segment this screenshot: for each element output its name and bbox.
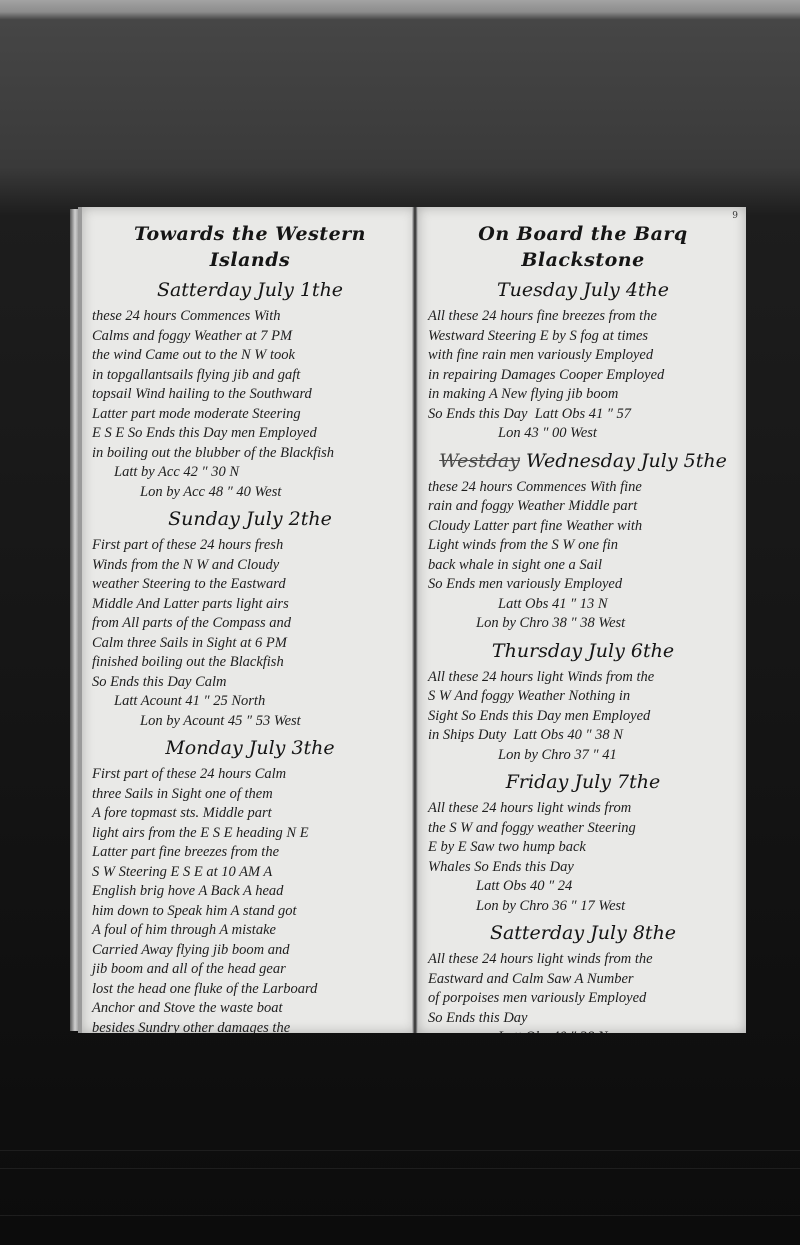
entry-line: Sight So Ends this Day men Employed — [428, 707, 738, 727]
entry-date: Friday July 7the — [428, 769, 738, 795]
entry-line: Calm three Sails in Sight at 6 PM — [92, 634, 408, 654]
entry-line: these 24 hours Commences With fine — [428, 478, 738, 498]
entry-line: So Ends this Day Calm — [92, 673, 408, 693]
entry-line: Eastward and Calm Saw A Number — [428, 970, 738, 990]
film-top-band — [0, 0, 800, 20]
entry-line: besides Sundry other damages the — [92, 1019, 408, 1034]
longitude: Lon by Acount 45 ″ 53 West — [92, 712, 408, 732]
entry-line: S W Steering E S E at 10 AM A — [92, 863, 408, 883]
log-entry-july-4: Tuesday July 4the All these 24 hours fin… — [428, 277, 738, 444]
entry-line: A foul of him through A mistake — [92, 921, 408, 941]
longitude: Lon by Chro 38 ″ 38 West — [428, 614, 738, 634]
entry-line: lost the head one fluke of the Larboard — [92, 980, 408, 1000]
entry-line: rain and foggy Weather Middle part — [428, 497, 738, 517]
log-entry-july-5: Westday Wednesday July 5the these 24 hou… — [428, 448, 738, 634]
latitude: Latt Obs 40 ″ 38 N — [513, 727, 623, 743]
entry-line: So Ends this Day — [428, 1009, 738, 1029]
longitude: Lon by Chro 36 ″ 17 West — [428, 897, 738, 917]
longitude: Lon by Chro 37 ″ 41 — [428, 746, 738, 766]
entry-line: English brig hove A Back A head — [92, 882, 408, 902]
log-entry-july-6: Thursday July 6the All these 24 hours li… — [428, 638, 738, 766]
entry-line: in Ships Duty Latt Obs 40 ″ 38 N — [428, 726, 738, 746]
log-entry-july-8: Satterday July 8the All these 24 hours l… — [428, 920, 738, 1033]
entry-line: S W And foggy Weather Nothing in — [428, 687, 738, 707]
latitude: Latt Obs 40 ″ 38 N — [428, 1028, 738, 1033]
entry-line: Latter part mode moderate Steering — [92, 405, 408, 425]
entry-line-text: in Ships Duty — [428, 727, 506, 743]
entry-line: First part of these 24 hours Calm — [92, 765, 408, 785]
entry-line: So Ends this Day Latt Obs 41 ″ 57 — [428, 405, 738, 425]
entry-line: So Ends men variously Employed — [428, 575, 738, 595]
entry-line: A fore topmast sts. Middle part — [92, 804, 408, 824]
longitude: Lon by Acc 48 ″ 40 West — [92, 483, 408, 503]
entry-line: in making A New flying jib boom — [428, 385, 738, 405]
right-page: 9 On Board the Barq Blackstone Tuesday J… — [418, 207, 746, 1033]
entry-line: All these 24 hours light winds from — [428, 799, 738, 819]
film-scratch — [0, 1215, 800, 1216]
entry-line: three Sails in Sight one of them — [92, 785, 408, 805]
entry-line: these 24 hours Commences With — [92, 307, 408, 327]
log-entry-july-1: Satterday July 1the these 24 hours Comme… — [92, 277, 408, 502]
entry-line: him down to Speak him A stand got — [92, 902, 408, 922]
latitude: Latt Obs 41 ″ 13 N — [428, 595, 738, 615]
latitude: Latt by Acc 42 ″ 30 N — [92, 463, 408, 483]
entry-line: with fine rain men variously Employed — [428, 346, 738, 366]
entry-line: First part of these 24 hours fresh — [92, 536, 408, 556]
latitude: Latt Obs 40 ″ 24 — [428, 877, 738, 897]
entry-line: All these 24 hours light Winds from the — [428, 668, 738, 688]
entry-line: Anchor and Stove the waste boat — [92, 999, 408, 1019]
entry-line: Winds from the N W and Cloudy — [92, 556, 408, 576]
entry-date: Sunday July 2the — [92, 506, 408, 532]
entry-line: Whales So Ends this Day — [428, 858, 738, 878]
entry-date: Monday July 3the — [92, 735, 408, 761]
entry-line: finished boiling out the Blackfish — [92, 653, 408, 673]
entry-line: from All parts of the Compass and — [92, 614, 408, 634]
entry-date: Tuesday July 4the — [428, 277, 738, 303]
entry-line: the wind Came out to the N W took — [92, 346, 408, 366]
entry-line: light airs from the E S E heading N E — [92, 824, 408, 844]
longitude: Lon 43 ″ 00 West — [428, 424, 738, 444]
entry-line: Calms and foggy Weather at 7 PM — [92, 327, 408, 347]
entry-line: Carried Away flying jib boom and — [92, 941, 408, 961]
left-page: Towards the Western Islands Satterday Ju… — [78, 207, 416, 1033]
log-entry-july-2: Sunday July 2the First part of these 24 … — [92, 506, 408, 731]
log-entry-july-7: Friday July 7the All these 24 hours ligh… — [428, 769, 738, 916]
entry-line: weather Steering to the Eastward — [92, 575, 408, 595]
entry-line: back whale in sight one a Sail — [428, 556, 738, 576]
entry-line: Light winds from the S W one fin — [428, 536, 738, 556]
latitude: Latt Acount 41 ″ 25 North — [92, 692, 408, 712]
latitude: Latt Obs 41 ″ 57 — [535, 406, 631, 422]
entry-line: Latter part fine breezes from the — [92, 843, 408, 863]
entry-line: E S E So Ends this Day men Employed — [92, 424, 408, 444]
entry-line: E by E Saw two hump back — [428, 838, 738, 858]
entry-line: Middle And Latter parts light airs — [92, 595, 408, 615]
page-number: 9 — [732, 211, 738, 221]
entry-line: of porpoises men variously Employed — [428, 989, 738, 1009]
entry-date-text: Wednesday July 5the — [526, 450, 727, 472]
entry-line: Westward Steering E by S fog at times — [428, 327, 738, 347]
log-entry-july-3: Monday July 3the First part of these 24 … — [92, 735, 408, 1033]
entry-line: All these 24 hours fine breezes from the — [428, 307, 738, 327]
entry-date: Satterday July 8the — [428, 920, 738, 946]
entry-date: Thursday July 6the — [428, 638, 738, 664]
entry-line: in repairing Damages Cooper Employed — [428, 366, 738, 386]
entry-line: Cloudy Latter part fine Weather with — [428, 517, 738, 537]
film-scratch — [0, 1168, 800, 1169]
crossed-out-word: Westday — [439, 450, 520, 472]
entry-line: in topgallantsails flying jib and gaft — [92, 366, 408, 386]
entry-line: in boiling out the blubber of the Blackf… — [92, 444, 408, 464]
entry-line: topsail Wind hailing to the Southward — [92, 385, 408, 405]
film-scratch — [0, 1150, 800, 1151]
logbook-spread: Towards the Western Islands Satterday Ju… — [70, 207, 750, 1033]
entry-line-text: So Ends this Day — [428, 406, 527, 422]
entry-line: the S W and foggy weather Steering — [428, 819, 738, 839]
entry-line: All these 24 hours light winds from the — [428, 950, 738, 970]
entry-date: Westday Wednesday July 5the — [428, 448, 738, 474]
entry-date: Satterday July 1the — [92, 277, 408, 303]
left-page-header: Towards the Western Islands — [92, 221, 408, 273]
right-page-header: On Board the Barq Blackstone — [428, 221, 738, 273]
entry-line: jib boom and all of the head gear — [92, 960, 408, 980]
